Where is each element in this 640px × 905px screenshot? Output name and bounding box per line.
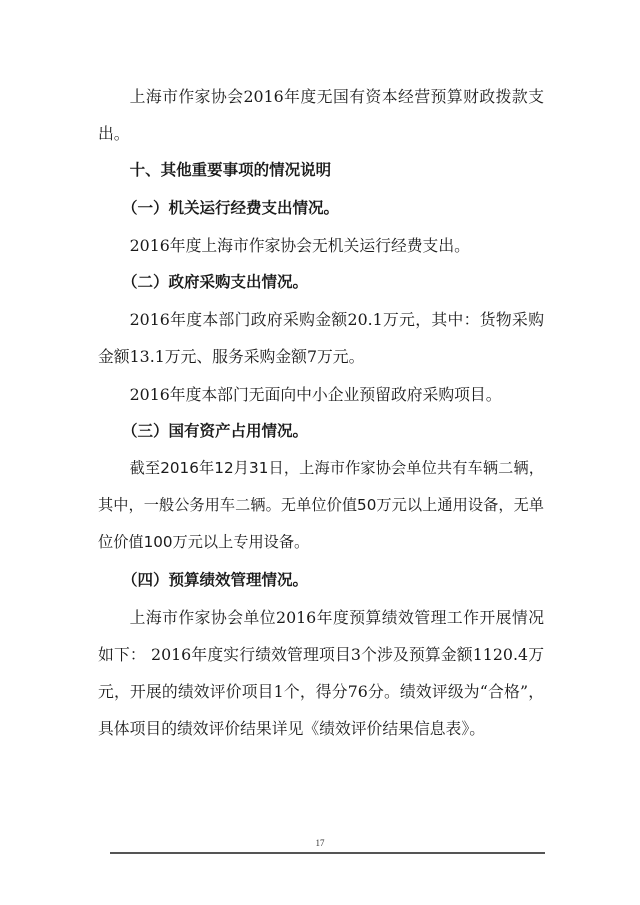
paragraph-state-capital-budget: 上海市作家协会2016年度无国有资本经营预算财政拨款支出。 [98,78,544,152]
subheading-performance-management: （四）预算绩效管理情况。 [98,562,544,599]
subheading-state-assets: （三）国有资产占用情况。 [98,413,544,450]
paragraph-performance-management: 上海市作家协会单位2016年度预算绩效管理工作开展情况如下： 2016年度实行绩… [98,599,544,748]
paragraph-procurement-sme: 2016年度本部门无面向中小企业预留政府采购项目。 [98,376,544,413]
paragraph-procurement-amount: 2016年度本部门政府采购金额20.1万元，其中：货物采购金额13.1万元、服务… [98,301,544,375]
footer-rule [110,852,545,854]
document-body: 上海市作家协会2016年度无国有资本经营预算财政拨款支出。 十、其他重要事项的情… [98,78,544,748]
document-page: 上海市作家协会2016年度无国有资本经营预算财政拨款支出。 十、其他重要事项的情… [0,0,640,905]
section-heading-other-matters: 十、其他重要事项的情况说明 [98,152,544,189]
paragraph-state-assets: 截至2016年12月31日，上海市作家协会单位共有车辆二辆，其中，一般公务用车二… [98,450,544,562]
subheading-procurement: （二）政府采购支出情况。 [98,264,544,301]
page-number: 17 [0,838,640,848]
subheading-operating-expenses: （一）机关运行经费支出情况。 [98,190,544,227]
paragraph-operating-expenses: 2016年度上海市作家协会无机关运行经费支出。 [98,227,544,264]
